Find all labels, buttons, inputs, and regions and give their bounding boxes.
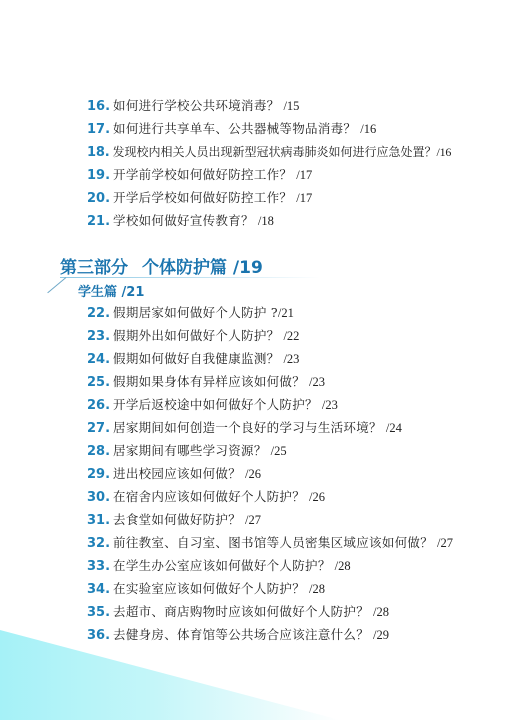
toc-item[interactable]: 25.假期如果身体有异样应该如何做？/23 bbox=[87, 374, 325, 391]
toc-item-number: 21. bbox=[87, 214, 110, 229]
toc-item-page: /15 bbox=[283, 99, 299, 113]
toc-item-title: 居家期间有哪些学习资源？ bbox=[113, 443, 267, 458]
toc-item-title: 进出校园应该如何做？ bbox=[113, 466, 241, 481]
toc-item-number: 23. bbox=[87, 329, 110, 344]
decorative-slash bbox=[47, 277, 66, 293]
toc-item-page: /27 bbox=[245, 513, 261, 527]
toc-item[interactable]: 23.假期外出如何做好个人防护？/22 bbox=[87, 328, 299, 345]
toc-item-page: /21 bbox=[278, 306, 294, 320]
toc-item-title: 在实验室应该如何做好个人防护？ bbox=[113, 581, 305, 596]
toc-item[interactable]: 30.在宿舍内应该如何做好个人防护？/26 bbox=[87, 489, 325, 506]
part-title: 个体防护篇 /19 bbox=[142, 258, 263, 278]
toc-item-page: /23 bbox=[309, 375, 325, 389]
toc-item-title: 在宿舍内应该如何做好个人防护？ bbox=[113, 489, 305, 504]
toc-item-number: 28. bbox=[87, 444, 110, 459]
toc-item-number: 32. bbox=[87, 536, 110, 551]
toc-item-title: 在学生办公室应该如何做好个人防护？ bbox=[113, 558, 331, 573]
toc-item-number: 35. bbox=[87, 605, 110, 620]
toc-item-number: 34. bbox=[87, 582, 110, 597]
toc-item-number: 18. bbox=[87, 145, 109, 160]
toc-item-number: 26. bbox=[87, 398, 110, 413]
toc-item-title: 居家期间如何创造一个良好的学习与生活环境？ bbox=[113, 420, 382, 435]
part-heading[interactable]: 第三部分个体防护篇 /19 bbox=[60, 253, 263, 278]
toc-item-number: 20. bbox=[87, 191, 110, 206]
toc-item-page: /23 bbox=[322, 398, 338, 412]
toc-item-page: /16 bbox=[360, 122, 376, 136]
toc-item-page: /16 bbox=[436, 145, 451, 159]
toc-item-page: /24 bbox=[386, 421, 402, 435]
toc-item-title: 假期居家如何做好个人防护 ? bbox=[113, 305, 278, 320]
toc-item-number: 19. bbox=[87, 168, 110, 183]
toc-item-number: 22. bbox=[87, 306, 110, 321]
toc-item-title: 开学后学校如何做好防控工作？ bbox=[113, 190, 292, 205]
toc-item-number: 30. bbox=[87, 490, 110, 505]
heading-divider bbox=[60, 277, 320, 278]
toc-item-title: 发现校内相关人员出现新型冠状病毒肺炎如何进行应急处置？ bbox=[112, 145, 436, 159]
toc-item-page: /27 bbox=[437, 536, 453, 550]
toc-item[interactable]: 28.居家期间有哪些学习资源？/25 bbox=[87, 443, 287, 460]
toc-item[interactable]: 34.在实验室应该如何做好个人防护？/28 bbox=[87, 581, 325, 598]
toc-item-number: 27. bbox=[87, 421, 110, 436]
toc-item[interactable]: 20.开学后学校如何做好防控工作？/17 bbox=[87, 190, 312, 207]
toc-item-page: /17 bbox=[296, 191, 312, 205]
toc-item-number: 16. bbox=[87, 99, 110, 114]
toc-item-number: 17. bbox=[87, 122, 110, 137]
toc-item-page: /28 bbox=[373, 605, 389, 619]
toc-item-page: /17 bbox=[296, 168, 312, 182]
toc-item[interactable]: 24.假期如何做好自我健康监测？/23 bbox=[87, 351, 299, 368]
toc-item-number: 29. bbox=[87, 467, 110, 482]
toc-item-page: /23 bbox=[283, 352, 299, 366]
toc-item[interactable]: 32.前往教室、自习室、图书馆等人员密集区域应该如何做？/27 bbox=[87, 535, 453, 552]
toc-item[interactable]: 26.开学后返校途中如何做好个人防护？/23 bbox=[87, 397, 338, 414]
toc-item[interactable]: 17.如何进行共享单车、公共器械等物品消毒？/16 bbox=[87, 121, 376, 138]
toc-item[interactable]: 18.发现校内相关人员出现新型冠状病毒肺炎如何进行应急处置？/16 bbox=[87, 144, 451, 161]
toc-item-title: 学校如何做好宣传教育？ bbox=[113, 213, 254, 228]
toc-item-title: 假期如何做好自我健康监测？ bbox=[113, 351, 279, 366]
toc-item-title: 开学后返校途中如何做好个人防护？ bbox=[113, 397, 318, 412]
toc-item[interactable]: 16.如何进行学校公共环境消毒？/15 bbox=[87, 98, 299, 115]
toc-item[interactable]: 22.假期居家如何做好个人防护 ?/21 bbox=[87, 305, 294, 322]
toc-item-page: /25 bbox=[271, 444, 287, 458]
toc-item-title: 假期外出如何做好个人防护？ bbox=[113, 328, 279, 343]
toc-item-page: /18 bbox=[258, 214, 274, 228]
toc-item-title: 开学前学校如何做好防控工作？ bbox=[113, 167, 292, 182]
toc-item-title: 去超市、商店购物时应该如何做好个人防护？ bbox=[113, 604, 369, 619]
section-heading[interactable]: 学生篇 /21 bbox=[78, 281, 144, 300]
part-label: 第三部分 bbox=[60, 258, 128, 278]
toc-item-page: /28 bbox=[309, 582, 325, 596]
toc-item[interactable]: 31.去食堂如何做好防护？/27 bbox=[87, 512, 261, 529]
toc-item[interactable]: 27.居家期间如何创造一个良好的学习与生活环境？/24 bbox=[87, 420, 402, 437]
toc-item-title: 假期如果身体有异样应该如何做？ bbox=[113, 374, 305, 389]
toc-item-page: /26 bbox=[245, 467, 261, 481]
toc-item-number: 25. bbox=[87, 375, 110, 390]
toc-item-page: /22 bbox=[283, 329, 299, 343]
toc-item[interactable]: 21.学校如何做好宣传教育？/18 bbox=[87, 213, 274, 230]
toc-item-number: 31. bbox=[87, 513, 110, 528]
toc-item-title: 如何进行学校公共环境消毒？ bbox=[113, 98, 279, 113]
toc-item[interactable]: 35.去超市、商店购物时应该如何做好个人防护？/28 bbox=[87, 604, 389, 621]
toc-item-title: 如何进行共享单车、公共器械等物品消毒？ bbox=[113, 121, 356, 136]
toc-item-page: /26 bbox=[309, 490, 325, 504]
toc-item[interactable]: 19.开学前学校如何做好防控工作？/17 bbox=[87, 167, 312, 184]
toc-item[interactable]: 33.在学生办公室应该如何做好个人防护？/28 bbox=[87, 558, 351, 575]
toc-item-title: 去健身房、体育馆等公共场合应该注意什么？ bbox=[113, 627, 369, 642]
toc-item[interactable]: 36.去健身房、体育馆等公共场合应该注意什么？/29 bbox=[87, 627, 389, 644]
toc-item-title: 去食堂如何做好防护？ bbox=[113, 512, 241, 527]
toc-item-number: 24. bbox=[87, 352, 110, 367]
toc-item-page: /29 bbox=[373, 628, 389, 642]
toc-item-number: 33. bbox=[87, 559, 110, 574]
toc-item-title: 前往教室、自习室、图书馆等人员密集区域应该如何做？ bbox=[113, 535, 433, 550]
toc-item-page: /28 bbox=[335, 559, 351, 573]
toc-item[interactable]: 29.进出校园应该如何做？/26 bbox=[87, 466, 261, 483]
toc-item-number: 36. bbox=[87, 628, 110, 643]
